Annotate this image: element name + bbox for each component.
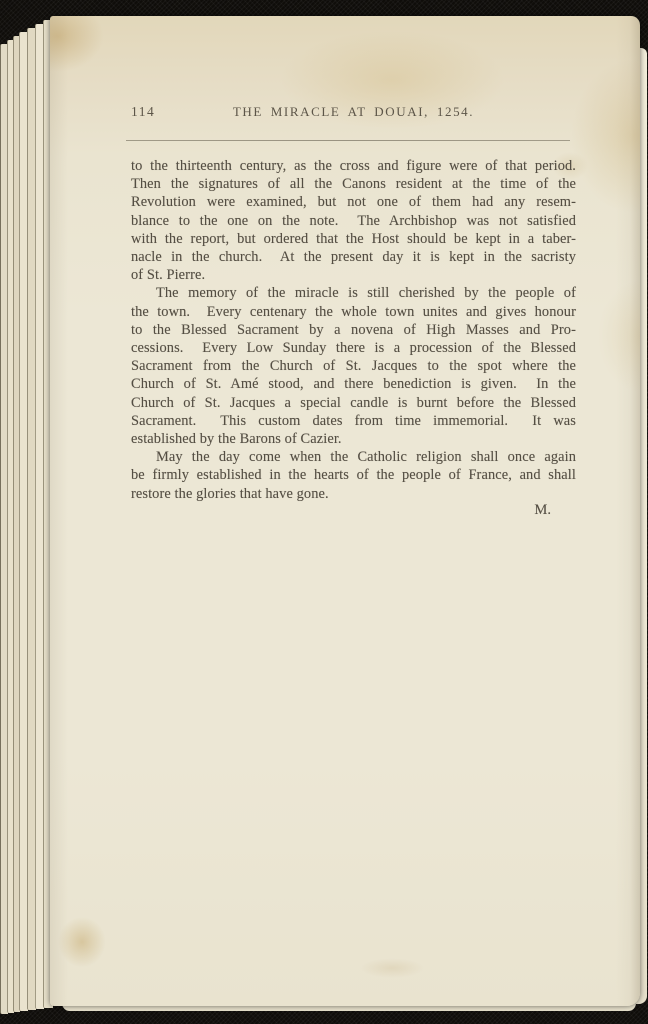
text-line: restore the glories that have gone.	[131, 485, 576, 503]
text-line: with the report, but ordered that the Ho…	[131, 230, 576, 248]
text-line: Revolution were examined, but not one of…	[131, 193, 576, 211]
header-rule	[126, 140, 570, 141]
text-line: Church of St. Amé stood, and there bened…	[131, 375, 576, 393]
scan-background: { "page": { "page_number": "114", "runni…	[0, 0, 648, 1024]
book-scan-frame: 114 THE MIRACLE AT DOUAI, 1254. to the t…	[0, 0, 648, 1024]
text-line: of St. Pierre.	[131, 266, 576, 284]
text-line: Sacrament from the Church of St. Jacques…	[131, 357, 576, 375]
running-title: THE MIRACLE AT DOUAI, 1254.	[131, 104, 576, 120]
text-line: May the day come when the Catholic relig…	[131, 448, 576, 466]
text-line: the town. Every centenary the whole town…	[131, 303, 576, 321]
text-line: established by the Barons of Cazier.	[131, 430, 576, 448]
text-line: Church of St. Jacques a special candle i…	[131, 394, 576, 412]
text-line: to the thirteenth century, as the cross …	[131, 157, 576, 175]
text-line: be firmly established in the hearts of t…	[131, 466, 576, 484]
text-line: blance to the one on the note. The Archb…	[131, 212, 576, 230]
text-line: nacle in the church. At the present day …	[131, 248, 576, 266]
book-page: 114 THE MIRACLE AT DOUAI, 1254. to the t…	[50, 16, 640, 1006]
text-line: Then the signatures of all the Canons re…	[131, 175, 576, 193]
text-line: to the Blessed Sacrament by a novena of …	[131, 321, 576, 339]
signature: M.	[131, 502, 576, 519]
text-line: The memory of the miracle is still cheri…	[131, 284, 576, 302]
text-line: Sacrament. This custom dates from time i…	[131, 412, 576, 430]
body-text: to the thirteenth century, as the cross …	[131, 157, 576, 503]
text-line: cessions. Every Low Sunday there is a pr…	[131, 339, 576, 357]
